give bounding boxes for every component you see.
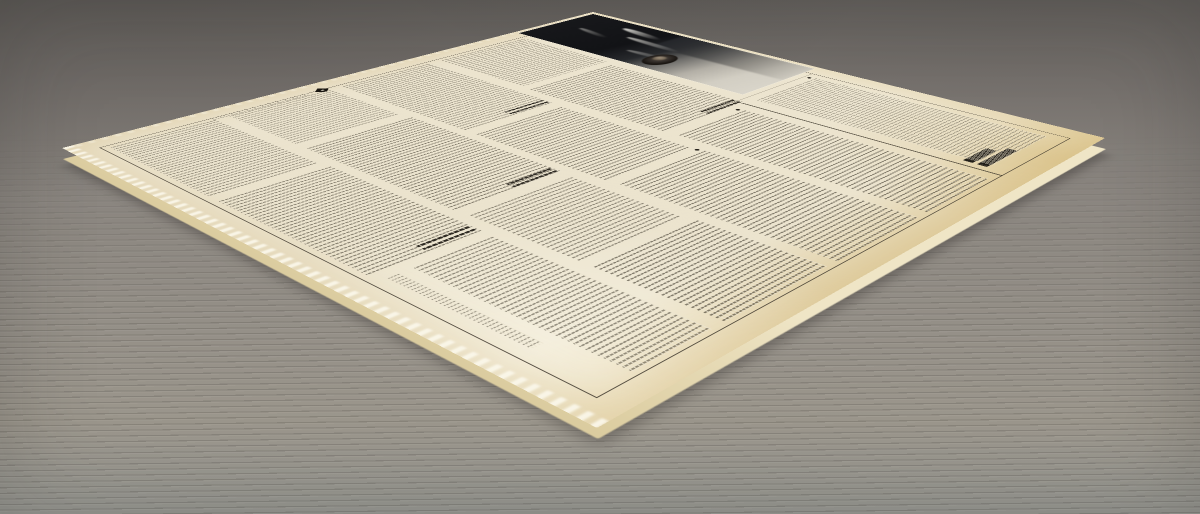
photo-highlight-streak — [577, 28, 608, 39]
